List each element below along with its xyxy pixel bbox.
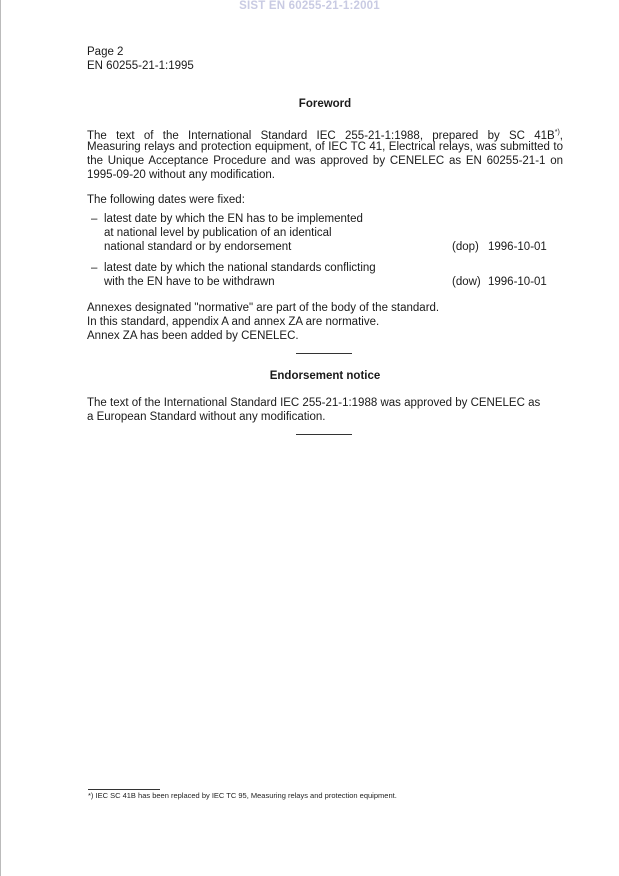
annex-line: Annexes designated "normative" are part … (87, 301, 563, 315)
date-value: 1996-10-01 (488, 240, 547, 254)
section-divider (296, 434, 352, 435)
page-edge (0, 0, 1, 876)
text-line: a European Standard without any modifica… (87, 410, 563, 424)
endorsement-title: Endorsement notice (87, 369, 563, 383)
date-value: 1996-10-01 (488, 275, 547, 289)
annex-notes: Annexes designated "normative" are part … (87, 301, 563, 344)
foreword-para1-rest: Measuring relays and protection equipmen… (87, 140, 563, 183)
watermark: SIST EN 60255-21-1:2001 (0, 0, 619, 12)
dates-intro: The following dates were fixed: (87, 193, 563, 207)
date-code: (dop) (452, 240, 479, 254)
text-line: latest date by which the EN has to be im… (104, 212, 404, 226)
annex-line: Annex ZA has been added by CENELEC. (87, 329, 563, 343)
dash-bullet: – (91, 212, 97, 226)
document-id: EN 60255-21-1:1995 (87, 59, 194, 73)
page-number: Page 2 (87, 45, 194, 59)
annex-line: In this standard, appendix A and annex Z… (87, 315, 563, 329)
endorsement-text: The text of the International Standard I… (87, 396, 563, 424)
date-item-dop: – latest date by which the EN has to be … (87, 212, 563, 257)
page-header: Page 2 EN 60255-21-1:1995 (87, 45, 194, 73)
footnote: *) IEC SC 41B has been replaced by IEC T… (88, 791, 397, 800)
text-line: latest date by which the national standa… (104, 261, 404, 275)
date-item-dow: – latest date by which the national stan… (87, 261, 563, 291)
text-line: with the EN have to be withdrawn (104, 275, 404, 289)
foreword-title: Foreword (87, 97, 563, 111)
date-item-text: latest date by which the national standa… (104, 261, 404, 289)
footnote-rule (88, 789, 160, 790)
date-code: (dow) (452, 275, 481, 289)
date-item-text: latest date by which the EN has to be im… (104, 212, 404, 255)
text-line: The text of the International Standard I… (87, 396, 563, 410)
text-line: national standard or by endorsement (104, 240, 404, 254)
section-divider (296, 353, 352, 354)
dash-bullet: – (91, 261, 97, 275)
text-line: at national level by publication of an i… (104, 226, 404, 240)
document-page: SIST EN 60255-21-1:2001 Page 2 EN 60255-… (0, 0, 619, 876)
